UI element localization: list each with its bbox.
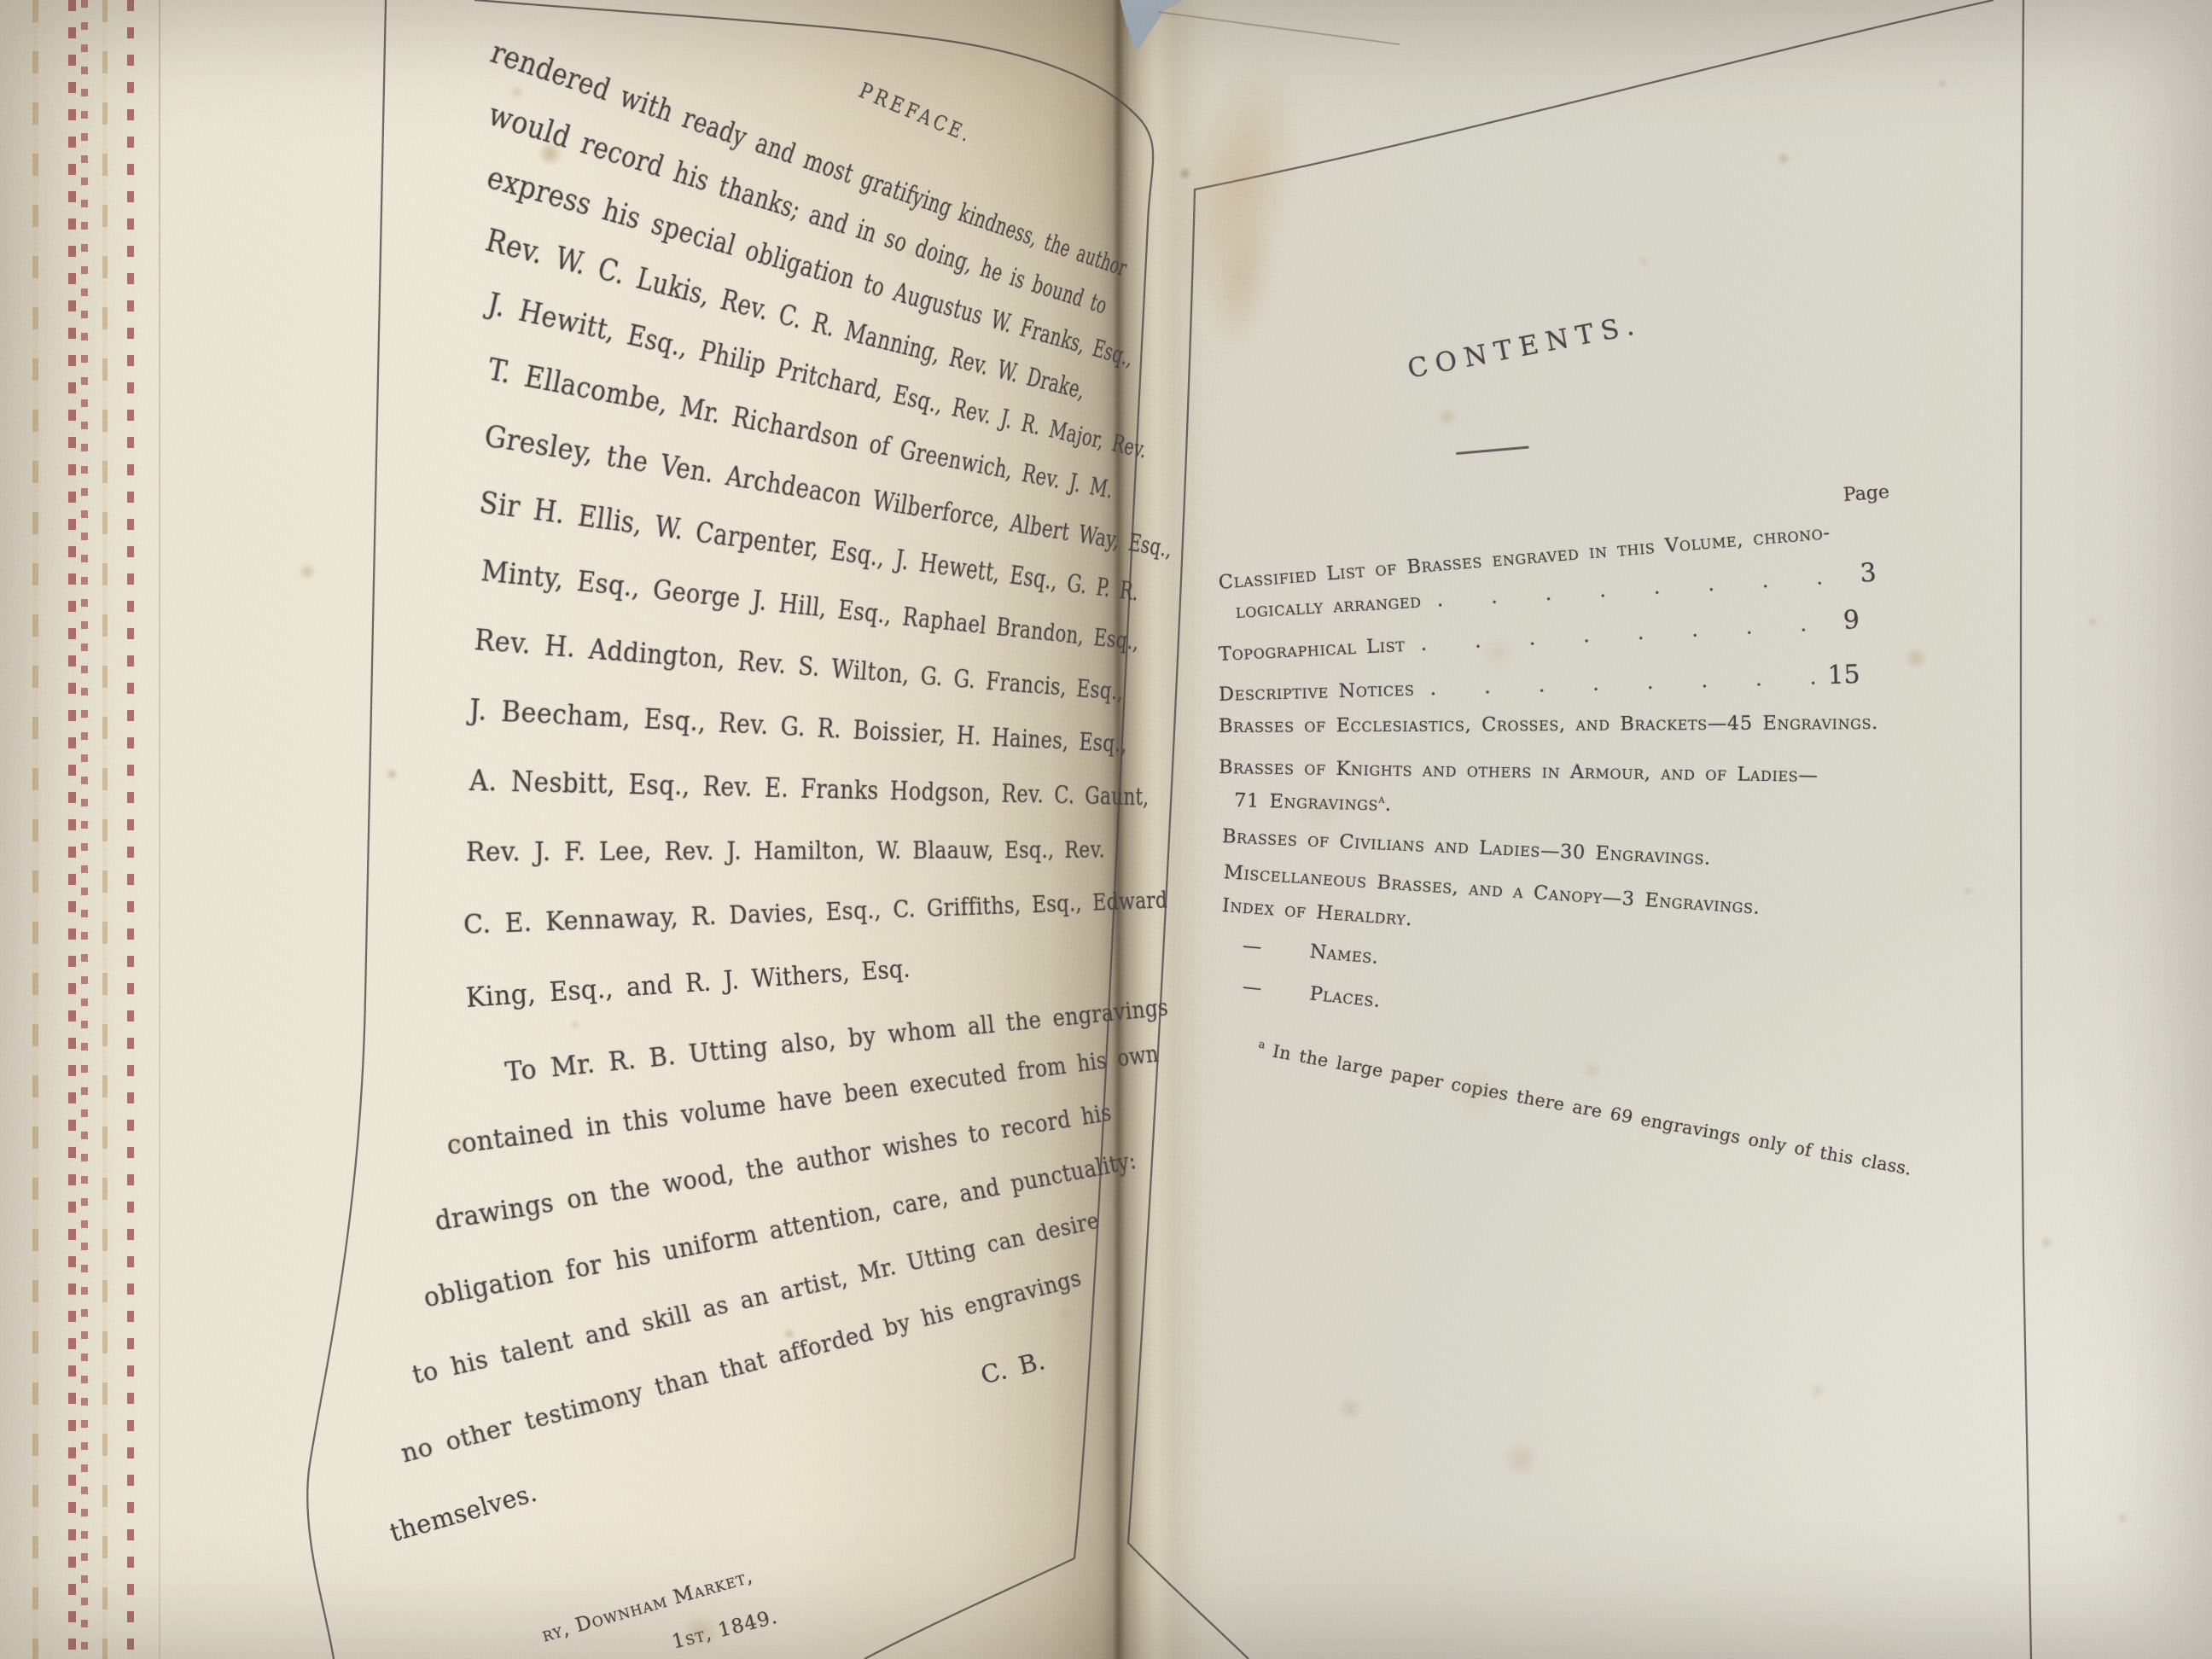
footnote-marker: a <box>1258 1037 1266 1051</box>
preface-line: Rev. J. F. Lee, Rev. J. Hamilton, W. Bla… <box>466 838 1105 865</box>
spine-crease <box>1112 0 1126 1659</box>
entry-page-number: 15 <box>1820 662 1860 689</box>
entry-label: logically arranged <box>1235 591 1422 621</box>
entry-label: Topographical List <box>1218 636 1406 665</box>
entry-suffix: . <box>1385 794 1392 816</box>
entry-label: Brasses of Ecclesiastics, Crosses, and B… <box>1219 712 1878 737</box>
page-column-label: Page <box>1842 483 1889 505</box>
page-edge-line <box>81 0 88 1659</box>
page-edge-line <box>68 0 76 1659</box>
page-edge-line <box>159 0 160 1659</box>
entry-page-number: 9 <box>1819 608 1860 635</box>
entry-label: Descriptive Notices <box>1219 680 1415 705</box>
ditto-dash: — <box>1242 934 1263 958</box>
contents-entry: Brasses of Ecclesiastics, Crosses, and B… <box>1219 713 1878 736</box>
entry-label: 71 Engravings <box>1234 789 1379 815</box>
entry-page-number: 3 <box>1837 561 1877 589</box>
page-edge-line <box>32 0 38 1659</box>
page-edge-line <box>102 0 108 1659</box>
contents-entry: 71 Engravingsa. <box>1234 791 1392 814</box>
page-edge-line <box>127 0 134 1659</box>
ditto-dash: — <box>1242 975 1264 999</box>
book-photo: PREFACE. rendered with ready and most gr… <box>0 0 2212 1659</box>
